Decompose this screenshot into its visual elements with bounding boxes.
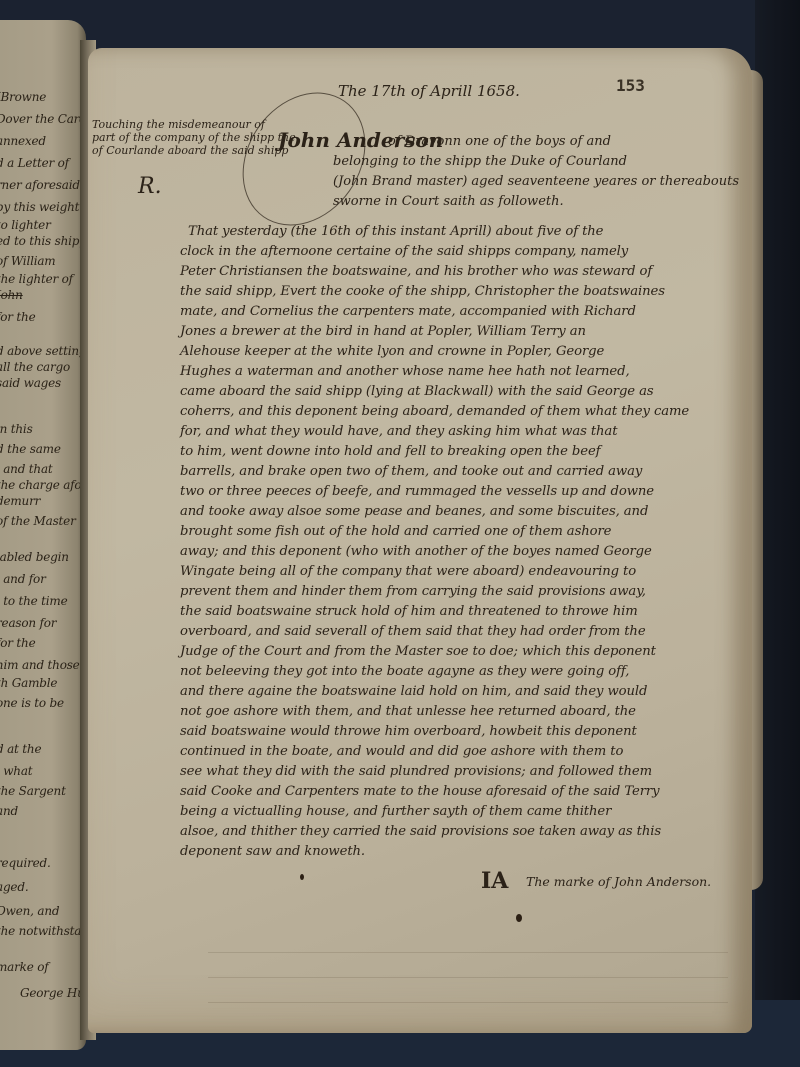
left-text-line: rner aforesaid — [0, 178, 80, 192]
body-line: two or three peeces of beefe, and rummag… — [180, 484, 654, 499]
intro-line: of Dravonn one of the boys of and — [388, 134, 611, 149]
body-line: Judge of the Court and from the Master s… — [180, 644, 656, 659]
body-line: Hughes a waterman and another whose name… — [180, 364, 630, 379]
left-text-line: said wages — [0, 376, 61, 390]
left-text-line: , what — [0, 764, 32, 778]
left-text-line: th Gamble — [0, 676, 57, 690]
left-text-line: reason for — [0, 616, 56, 630]
left-text-line: demurr — [0, 494, 40, 508]
body-line: see what they did with the said plundred… — [180, 764, 652, 779]
body-line: to him, went downe into hold and fell to… — [180, 444, 600, 459]
left-text-line: of William — [0, 254, 56, 268]
body-line: and there againe the boatswaine laid hol… — [180, 684, 647, 699]
body-line: That yesterday (the 16th of this instant… — [188, 224, 603, 239]
left-text-line: him and those — [0, 658, 80, 672]
date-heading: The 17th of Aprill 1658. — [338, 82, 520, 100]
left-text-line: d above setting — [0, 344, 86, 358]
left-text-line: to lighter — [0, 218, 51, 232]
body-line: not beleeving they got into the boate ag… — [180, 664, 629, 679]
body-line: Jones a brewer at the bird in hand at Po… — [180, 324, 586, 339]
left-text-line: the lighter of — [0, 272, 73, 286]
left-text-line: one is to be — [0, 696, 64, 710]
left-text-line: d the same — [0, 442, 61, 456]
left-text-line: the charge aforesaid — [0, 478, 86, 492]
left-text-line: annexed — [0, 134, 46, 148]
body-line: not goe ashore with them, and that unles… — [180, 704, 636, 719]
left-text-line: Dover the Cardinall — [0, 112, 86, 126]
left-text-line: the notwithstand — [0, 924, 86, 938]
left-text-line: , and that — [0, 462, 53, 476]
left-text-line: labled begin — [0, 550, 69, 564]
left-text-line: aged. — [0, 880, 28, 894]
body-line: being a victualling house, and further s… — [180, 804, 611, 819]
signature-mark: IA — [481, 868, 508, 894]
left-text-line: , to the time — [0, 594, 68, 608]
body-line: the said shipp, Evert the cooke of the s… — [180, 284, 665, 299]
body-line: coherrs, and this deponent being aboard,… — [180, 404, 689, 419]
body-line: prevent them and hinder them from carryi… — [180, 584, 646, 599]
ink-spot — [516, 914, 522, 922]
left-text-line: and — [0, 804, 18, 818]
left-text-line: all the cargo — [0, 360, 70, 374]
body-line: said Cooke and Carpenters mate to the ho… — [180, 784, 659, 799]
left-text-line: d at the — [0, 742, 41, 756]
left-page: (Browne Dover the Cardinall annexed d a … — [0, 20, 86, 1050]
body-line: the said boatswaine struck hold of him a… — [180, 604, 638, 619]
body-line: came aboard the said shipp (lying at Bla… — [180, 384, 654, 399]
signature-caption: The marke of John Anderson. — [526, 874, 711, 889]
folio-number: 153 — [616, 76, 645, 95]
left-text-line: the Sargent — [0, 784, 66, 798]
body-line: continued in the boate, and would and di… — [180, 744, 623, 759]
body-line: away; and this deponent (who with anothe… — [180, 544, 652, 559]
body-line: alsoe, and thither they carried the said… — [180, 824, 661, 839]
margin-note-line: Touching the misdemeanour of — [92, 118, 265, 131]
left-text-line: George Hughes. — [20, 986, 86, 1000]
ink-spot — [300, 874, 304, 880]
body-line: brought some fish out of the hold and ca… — [180, 524, 611, 539]
left-text-line: , and for — [0, 572, 46, 586]
body-line: for, and what they would have, and they … — [180, 424, 617, 439]
intro-line: sworne in Court saith as followeth. — [333, 194, 564, 209]
body-line: Wingate being all of the company that we… — [180, 564, 636, 579]
body-line: and tooke away alsoe some pease and bean… — [180, 504, 648, 519]
body-line: Alehouse keeper at the white lyon and cr… — [180, 344, 604, 359]
left-text-line: by this weight — [0, 200, 79, 214]
faded-bleedthrough-text — [208, 928, 728, 1033]
left-text-line: of the Master — [0, 514, 76, 528]
left-text-line: marke of — [0, 960, 49, 974]
left-text-line: Owen, and — [0, 904, 59, 918]
body-line: barrells, and brake open two of them, an… — [180, 464, 642, 479]
body-line: overboard, and said severall of them sai… — [180, 624, 646, 639]
left-text-line: ed to this shipp — [0, 234, 86, 248]
body-line: deponent saw and knoweth. — [180, 844, 365, 859]
left-text-line: John — [0, 288, 23, 302]
right-page: 153 The 17th of Aprill 1658. Touching th… — [88, 48, 752, 1033]
body-line: clock in the afternoone certaine of the … — [180, 244, 628, 259]
left-text-line: d a Letter of — [0, 156, 69, 170]
body-line: Peter Christiansen the boatswaine, and h… — [180, 264, 652, 279]
left-text-line: (Browne — [0, 90, 46, 104]
intro-line: (John Brand master) aged seaventeene yea… — [333, 174, 739, 189]
margin-mark: R. — [138, 174, 162, 199]
body-line: mate, and Cornelius the carpenters mate,… — [180, 304, 636, 319]
intro-line: belonging to the shipp the Duke of Courl… — [333, 154, 627, 169]
left-text-line: required. — [0, 856, 51, 870]
body-line: said boatswaine would throwe him overboa… — [180, 724, 637, 739]
left-text-line: for the — [0, 310, 35, 324]
left-text-line: for the — [0, 636, 35, 650]
left-text-line: in this — [0, 422, 33, 436]
